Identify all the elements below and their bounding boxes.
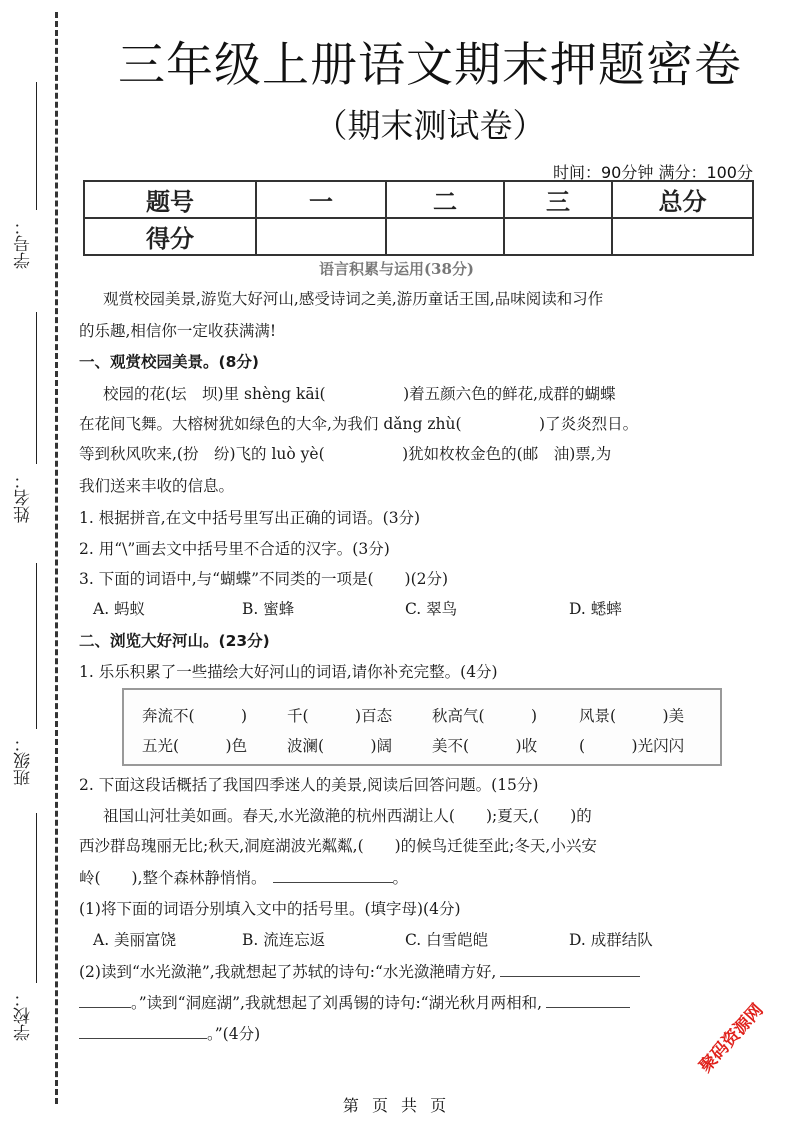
word-item[interactable]: 秋高气( ) [432, 704, 537, 726]
answer-blank[interactable] [546, 993, 630, 1008]
score-input-cell[interactable] [504, 218, 612, 255]
exam-subtitle: （期末测试卷） [85, 100, 775, 147]
passage-line: 祖国山河壮美如画。春天,水光潋滟的杭州西湖让人( );夏天,( )的 [79, 806, 763, 826]
word-item[interactable]: 风景( )美 [579, 704, 684, 726]
word-item[interactable]: 千( )百态 [287, 704, 392, 726]
option-b[interactable]: B. 流连忘返 [242, 930, 325, 950]
page-footer: 第 页 共 页 [0, 1093, 793, 1116]
passage-line: 校园的花(坛 坝)里 shèng kāi( )着五颜六色的鲜花,成群的蝴蝶 [79, 384, 763, 404]
word-item[interactable]: 五光( )色 [142, 734, 247, 756]
score-cell: 一 [256, 181, 386, 218]
option-c[interactable]: C. 白雪皑皑 [405, 930, 488, 950]
option-d[interactable]: D. 成群结队 [569, 930, 653, 950]
passage-line: 西沙群岛瑰丽无比;秋天,洞庭湖波光粼粼,( )的候鸟迁徙至此;冬天,小兴安 [79, 836, 739, 856]
score-input-cell[interactable] [256, 218, 386, 255]
answer-blank[interactable] [273, 868, 393, 883]
binding-dashed-line [55, 12, 58, 1104]
sub-question-2-text: 。”读到“洞庭湖”,我就想起了刘禹锡的诗句:“湖光秋月两相和, [131, 994, 542, 1012]
question-1-1: 1. 根据拼音,在文中括号里写出正确的词语。(3分) [79, 508, 739, 528]
part-heading: 语言积累与运用(38分) [0, 258, 793, 279]
score-table-header-row: 题号 一 二 三 总分 [84, 181, 753, 218]
name-line[interactable] [36, 312, 37, 464]
school-label: 学校： [14, 990, 34, 1041]
score-input-cell[interactable] [612, 218, 753, 255]
score-cell: 二 [386, 181, 504, 218]
passage-line: 在花间飞舞。大榕树犹如绿色的大伞,为我们 dǎng zhù( )了炎炎烈日。 [79, 414, 739, 434]
answer-blank[interactable] [79, 993, 131, 1008]
question-2-2: 2. 下面这段话概括了我国四季迷人的美景,阅读后回答问题。(15分) [79, 775, 739, 795]
sub-question-2-line: 。”(4分) [79, 1024, 739, 1044]
score-cell: 题号 [84, 181, 256, 218]
word-item[interactable]: 美不( )收 [432, 734, 537, 756]
question-1-2: 2. 用“\”画去文中括号里不合适的汉字。(3分) [79, 539, 739, 559]
score-cell: 三 [504, 181, 612, 218]
option-b[interactable]: B. 蜜蜂 [242, 599, 294, 619]
intro-line: 的乐趣,相信你一定收获满满! [79, 321, 739, 341]
word-item[interactable]: 奔流不( ) [142, 704, 247, 726]
score-table: 题号 一 二 三 总分 得分 [83, 180, 754, 256]
passage-line: 岭( ),整个森林静悄悄。。 [79, 868, 739, 888]
class-label: 班级： [14, 735, 34, 786]
option-a[interactable]: A. 美丽富饶 [93, 930, 176, 950]
question-1-3: 3. 下面的词语中,与“蝴蝶”不同类的一项是( )(2分) [79, 569, 739, 589]
passage-text: 岭( ),整个森林静悄悄。 [79, 869, 267, 887]
score-cell: 得分 [84, 218, 256, 255]
option-c[interactable]: C. 翠鸟 [405, 599, 457, 619]
question-2-1: 1. 乐乐积累了一些描绘大好河山的词语,请你补充完整。(4分) [79, 662, 739, 682]
score-table-score-row: 得分 [84, 218, 753, 255]
section-2-heading: 二、浏览大好河山。(23分) [79, 631, 739, 651]
exam-title: 三年级上册语文期末押题密卷 [85, 28, 775, 95]
class-line[interactable] [36, 563, 37, 729]
word-item[interactable]: 波澜( )阔 [287, 734, 392, 756]
answer-blank[interactable] [500, 962, 640, 977]
sub-question-2-line: 。”读到“洞庭湖”,我就想起了刘禹锡的诗句:“湖光秋月两相和, [79, 993, 739, 1013]
student-id-line[interactable] [36, 82, 37, 210]
word-fill-box: 奔流不( ) 千( )百态 秋高气( ) 风景( )美 五光( )色 波澜( )… [122, 688, 722, 766]
passage-line: 等到秋风吹来,(扮 纷)飞的 luò yè( )犹如枚枚金色的(邮 油)票,为 [79, 444, 739, 464]
name-label: 姓名： [14, 472, 34, 523]
intro-line: 观赏校园美景,游览大好河山,感受诗词之美,游历童话王国,品味阅读和习作 [79, 289, 763, 309]
passage-end: 。 [393, 869, 409, 887]
section-1-heading: 一、观赏校园美景。(8分) [79, 352, 739, 372]
sub-question-2-line: (2)读到“水光潋滟”,我就想起了苏轼的诗句:“水光潋滟晴方好, [79, 962, 739, 982]
passage-line: 我们送来丰收的信息。 [79, 476, 739, 496]
sub-question-2-text: (2)读到“水光潋滟”,我就想起了苏轼的诗句:“水光潋滟晴方好, [79, 963, 496, 981]
sub-question-1: (1)将下面的词语分别填入文中的括号里。(填字母)(4分) [79, 899, 739, 919]
school-line[interactable] [36, 813, 37, 983]
word-item[interactable]: ( )光闪闪 [579, 734, 684, 756]
option-d[interactable]: D. 蟋蟀 [569, 599, 622, 619]
sub-question-2-text: 。”(4分) [207, 1025, 260, 1043]
answer-blank[interactable] [79, 1024, 207, 1039]
score-cell: 总分 [612, 181, 753, 218]
score-input-cell[interactable] [386, 218, 504, 255]
option-a[interactable]: A. 蚂蚁 [93, 599, 145, 619]
